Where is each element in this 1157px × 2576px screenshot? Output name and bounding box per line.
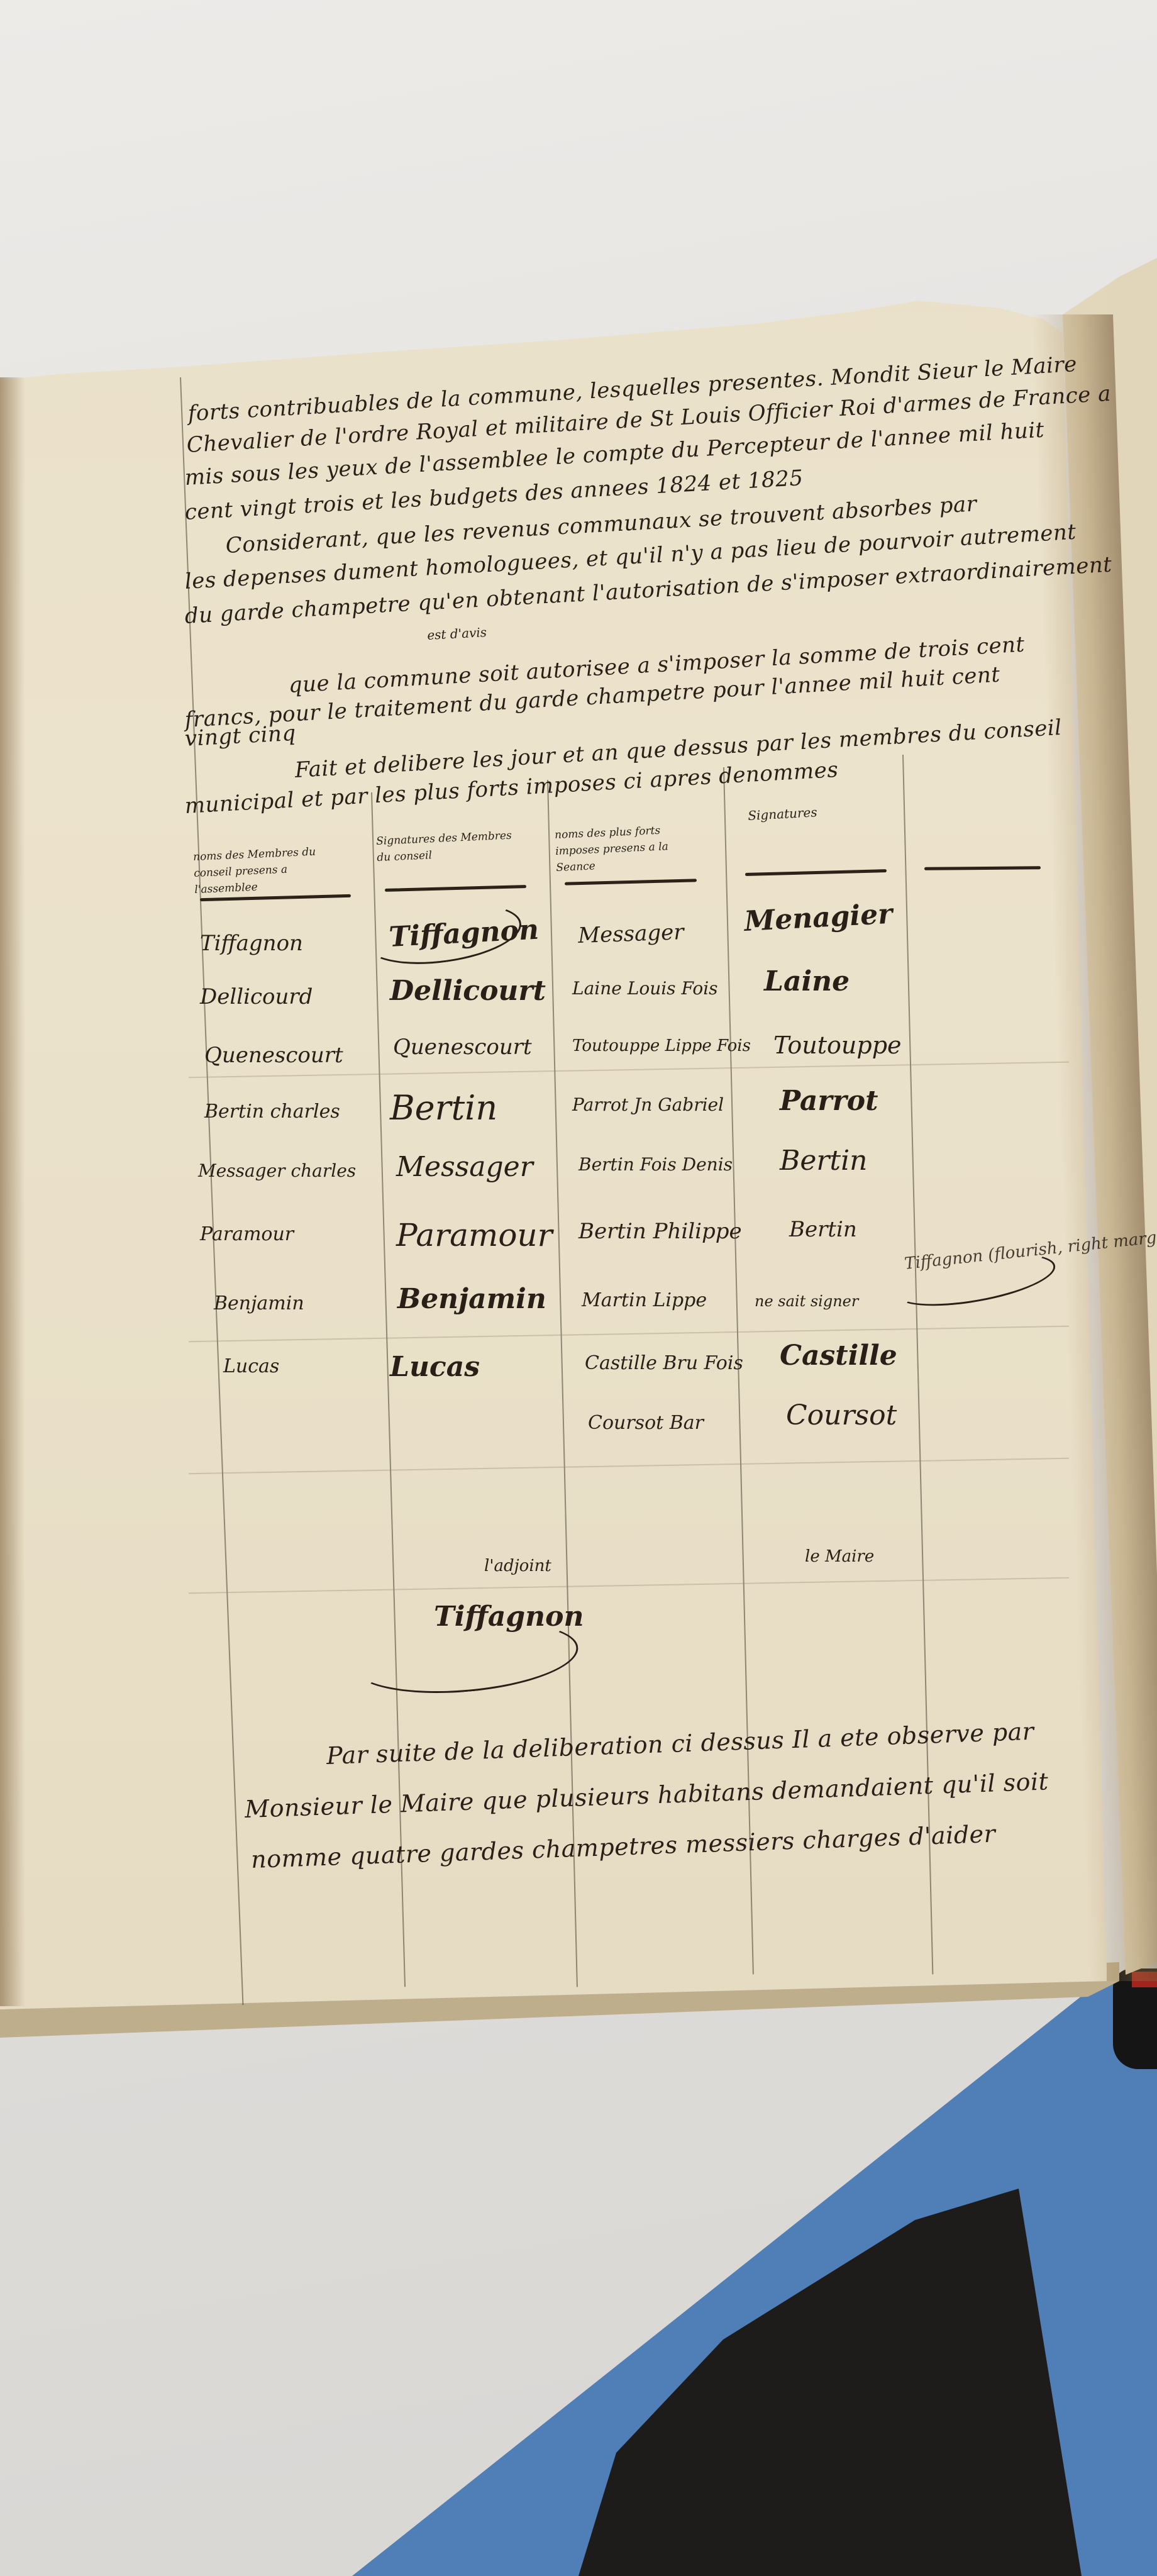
page-edge-stain (0, 377, 25, 2006)
member-signature: Quenescourt (393, 1035, 532, 1060)
column-header-members: noms des Membres du conseil presens a l'… (193, 843, 346, 898)
taxpayer-signature: Bertin (780, 1145, 868, 1177)
taxpayer-signature: Castille (780, 1340, 897, 1372)
member-signature: Bertin (390, 1088, 497, 1128)
member-name: Benjamin (214, 1292, 304, 1314)
taxpayer-signature: Parrot (780, 1085, 878, 1117)
member-name: Paramour (200, 1223, 294, 1245)
taxpayer-signature: ne sait signer (755, 1292, 858, 1310)
taxpayer-name: Laine Louis Fois (572, 978, 718, 999)
taxpayer-signature: Laine (764, 965, 850, 997)
member-name: Tiffagnon (200, 931, 303, 956)
member-name: Lucas (223, 1355, 279, 1377)
taxpayer-name: Bertin Philippe (578, 1219, 742, 1244)
member-name: Dellicourd (200, 984, 313, 1009)
est-davis-note: est d'avis (427, 625, 487, 643)
taxpayer-name: Messager (578, 919, 685, 948)
member-signature: Messager (396, 1151, 533, 1183)
taxpayer-name: Toutouppe Lippe Fois (572, 1036, 751, 1055)
member-signature: Lucas (390, 1351, 480, 1383)
taxpayer-name: Coursot Bar (588, 1412, 704, 1434)
taxpayer-name: Castille Bru Fois (585, 1352, 743, 1374)
adjoint-label: l'adjoint (484, 1557, 551, 1575)
member-name: Messager charles (198, 1160, 356, 1181)
member-signature: Paramour (396, 1217, 553, 1253)
member-signature: Dellicourt (390, 975, 546, 1007)
taxpayer-name: Parrot Jn Gabriel (572, 1094, 724, 1115)
taxpayer-name: Bertin Fois Denis (578, 1154, 733, 1175)
taxpayer-name: Martin Lippe (582, 1289, 707, 1311)
member-name: Bertin charles (204, 1101, 340, 1123)
column-header-member-signatures: Signatures des Membres du conseil (376, 827, 522, 866)
taxpayer-signature: Coursot (786, 1399, 897, 1431)
column-header-taxpayers: noms des plus forts imposes presens a la… (555, 821, 707, 876)
taxpayer-signature: Bertin (789, 1217, 857, 1242)
maire-label: le Maire (805, 1547, 874, 1566)
member-name: Quenescourt (204, 1043, 343, 1068)
member-signature: Benjamin (397, 1283, 546, 1315)
taxpayer-signature: Toutouppe (773, 1031, 902, 1059)
